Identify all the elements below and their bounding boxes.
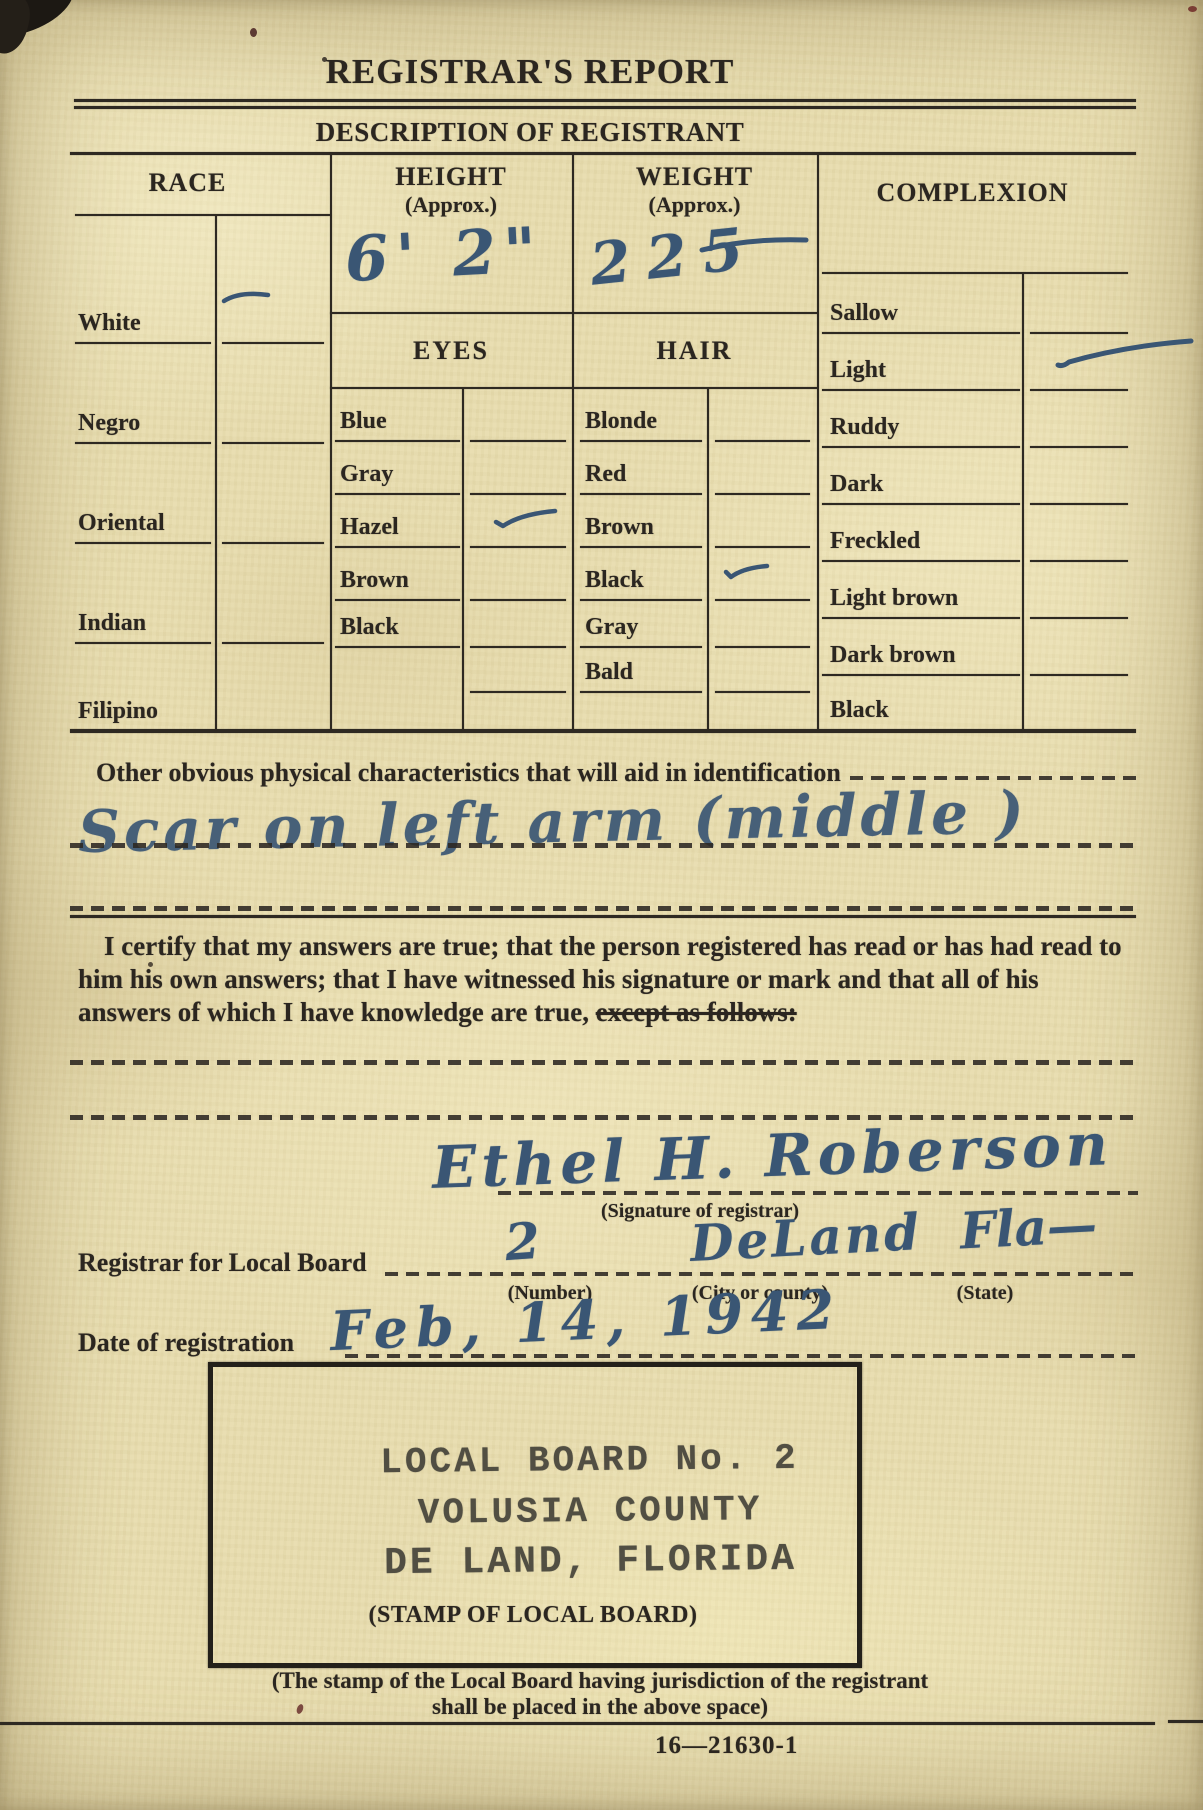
- eyes-option-brown: Brown: [340, 567, 409, 594]
- race-option-filipino: Filipino: [78, 698, 158, 725]
- dashed-rule: [70, 1060, 1136, 1065]
- eyes-check-line: [470, 440, 566, 442]
- registrar-report-card: REGISTRAR'S REPORT DESCRIPTION OF REGIST…: [0, 0, 1203, 1810]
- complexion-option-dark-brown: Dark brown: [830, 642, 956, 669]
- stamp-line-3: DE LAND, FLORIDA: [330, 1537, 850, 1585]
- eyes-row-line: [335, 646, 460, 648]
- weight-value: 225: [587, 213, 762, 298]
- eyes-check-line: [470, 691, 566, 693]
- eyes-option-gray: Gray: [340, 461, 393, 488]
- other-characteristics-value: Scar on left arm (middle ): [77, 778, 1028, 866]
- complexion-option-ruddy: Ruddy: [830, 414, 899, 441]
- complexion-row-line: [822, 560, 1020, 562]
- grid-line: [462, 388, 464, 730]
- hair-row-line: [580, 646, 702, 648]
- complexion-check-line: [1030, 560, 1128, 562]
- local-board-state-value: Fla—: [959, 1194, 1099, 1260]
- complexion-option-sallow: Sallow: [830, 300, 898, 327]
- complexion-row-line: [822, 617, 1020, 619]
- hair-row-line: [580, 546, 702, 548]
- race-row-line: [222, 342, 324, 344]
- local-board-number-value: 2: [503, 1211, 542, 1272]
- local-board-city-value: DeLand: [689, 1202, 924, 1273]
- hair-option-red: Red: [585, 461, 626, 488]
- complexion-option-light-brown: Light brown: [830, 585, 958, 612]
- hair-option-blonde: Blonde: [585, 408, 657, 435]
- hair-check-line: [715, 493, 810, 495]
- complexion-header: COMPLEXION: [817, 178, 1128, 208]
- checkmark-eyes-hazel: [493, 506, 559, 530]
- paper-speck: [1188, 6, 1197, 12]
- race-row-line: [222, 442, 324, 444]
- race-row-line: [222, 542, 324, 544]
- registration-date-label: Date of registration: [78, 1328, 294, 1358]
- complexion-row-line: [822, 503, 1020, 505]
- checkmark-complexion-light: [1055, 338, 1195, 370]
- eyes-row-line: [335, 546, 460, 548]
- table-top-rule: [70, 152, 1136, 155]
- stamp-line-2: VOLUSIA COUNTY: [330, 1488, 850, 1534]
- complexion-row-line: [822, 674, 1020, 676]
- table-bottom-rule: [70, 729, 1136, 733]
- race-option-white: White: [78, 310, 141, 337]
- page-title: REGISTRAR'S REPORT: [220, 52, 840, 92]
- eyes-header: EYES: [330, 336, 572, 366]
- stamp-note-line-2: shall be placed in the above space): [100, 1694, 1100, 1720]
- weight-header: WEIGHT: [572, 162, 817, 192]
- complexion-check-line: [1030, 389, 1128, 391]
- complexion-option-dark: Dark: [830, 471, 883, 498]
- checkmark-hair-black: [723, 560, 771, 582]
- complexion-check-line: [1030, 617, 1128, 619]
- hair-row-line: [580, 493, 702, 495]
- hair-row-line: [580, 440, 702, 442]
- section-title: DESCRIPTION OF REGISTRANT: [220, 117, 840, 148]
- race-row-line: [75, 442, 211, 444]
- certification-struck-text: except as follows:: [596, 997, 797, 1027]
- hair-row-line: [580, 691, 702, 693]
- hair-option-brown: Brown: [585, 514, 654, 541]
- hair-option-gray: Gray: [585, 614, 638, 641]
- grid-line: [707, 388, 709, 730]
- bottom-rule-fragment: [1168, 1720, 1203, 1723]
- certification-paragraph: I certify that my answers are true; that…: [78, 930, 1136, 1029]
- title-double-rule: [74, 106, 1136, 109]
- weight-approx-label: (Approx.): [572, 192, 817, 218]
- form-number: 16—21630-1: [655, 1732, 798, 1760]
- complexion-check-line: [1030, 674, 1128, 676]
- stamp-note-line-1: (The stamp of the Local Board having jur…: [100, 1668, 1100, 1694]
- eyes-check-line: [470, 493, 566, 495]
- registration-date-line: [345, 1354, 1136, 1358]
- complexion-row-line: [822, 446, 1020, 448]
- race-row-line: [222, 642, 324, 644]
- registrar-signature: Ethel H. Roberson: [431, 1110, 1114, 1202]
- hair-row-line: [580, 599, 702, 601]
- dashed-rule: [70, 843, 1136, 848]
- eyes-row-line: [335, 440, 460, 442]
- hair-option-bald: Bald: [585, 659, 633, 686]
- signature-line: [498, 1191, 1138, 1195]
- registration-date-value: Feb, 14, 1942: [329, 1277, 843, 1363]
- dashed-rule: [70, 906, 1136, 911]
- race-option-indian: Indian: [78, 610, 146, 637]
- solid-rule: [70, 915, 1136, 918]
- complexion-row-line: [822, 332, 1020, 334]
- hair-header: HAIR: [572, 336, 817, 366]
- height-weight-underline: [330, 312, 817, 314]
- race-option-negro: Negro: [78, 410, 140, 437]
- eyes-check-line: [470, 546, 566, 548]
- race-header-underline: [75, 214, 330, 216]
- hair-check-line: [715, 440, 810, 442]
- grid-line: [817, 153, 819, 730]
- grid-line: [330, 153, 332, 730]
- race-header: RACE: [75, 168, 300, 198]
- race-row-line: [75, 542, 211, 544]
- complexion-option-freckled: Freckled: [830, 528, 920, 555]
- complexion-check-line: [1030, 503, 1128, 505]
- race-option-oriental: Oriental: [78, 510, 165, 537]
- grid-line: [572, 153, 574, 730]
- stamp-caption: (STAMP OF LOCAL BOARD): [308, 1602, 758, 1629]
- paper-speck: [250, 28, 257, 37]
- eyes-row-line: [335, 493, 460, 495]
- complexion-top-line: [822, 272, 1128, 274]
- local-board-line: [385, 1272, 1136, 1276]
- hair-option-black: Black: [585, 567, 644, 594]
- local-board-label: Registrar for Local Board: [78, 1248, 367, 1278]
- complexion-check-line: [1030, 446, 1128, 448]
- title-double-rule: [74, 99, 1136, 102]
- local-board-stamp: LOCAL BOARD No. 2 VOLUSIA COUNTY DE LAND…: [329, 1437, 850, 1585]
- eyes-check-line: [470, 599, 566, 601]
- height-header: HEIGHT: [330, 162, 572, 192]
- complexion-check-line: [1030, 332, 1128, 334]
- grid-line: [1022, 273, 1024, 730]
- eyes-check-line: [470, 646, 566, 648]
- hair-check-line: [715, 599, 810, 601]
- complexion-option-black: Black: [830, 697, 889, 724]
- hair-check-line: [715, 691, 810, 693]
- race-row-line: [75, 642, 211, 644]
- complexion-option-light: Light: [830, 357, 886, 384]
- weight-pen-flourish: [700, 234, 810, 254]
- bottom-rule: [0, 1722, 1155, 1725]
- complexion-row-line: [822, 389, 1020, 391]
- hair-check-line: [715, 646, 810, 648]
- eyes-option-black: Black: [340, 614, 399, 641]
- eyes-option-blue: Blue: [340, 408, 387, 435]
- race-row-line: [75, 342, 211, 344]
- stamp-line-1: LOCAL BOARD No. 2: [329, 1437, 849, 1483]
- checkmark-race-white: [222, 288, 272, 306]
- grid-line: [215, 215, 217, 730]
- eyes-row-line: [335, 599, 460, 601]
- height-value: 6' 2": [343, 213, 546, 296]
- eyes-hair-header-underline: [330, 387, 817, 389]
- eyes-option-hazel: Hazel: [340, 514, 399, 541]
- hair-check-line: [715, 546, 810, 548]
- state-caption: (State): [920, 1282, 1050, 1305]
